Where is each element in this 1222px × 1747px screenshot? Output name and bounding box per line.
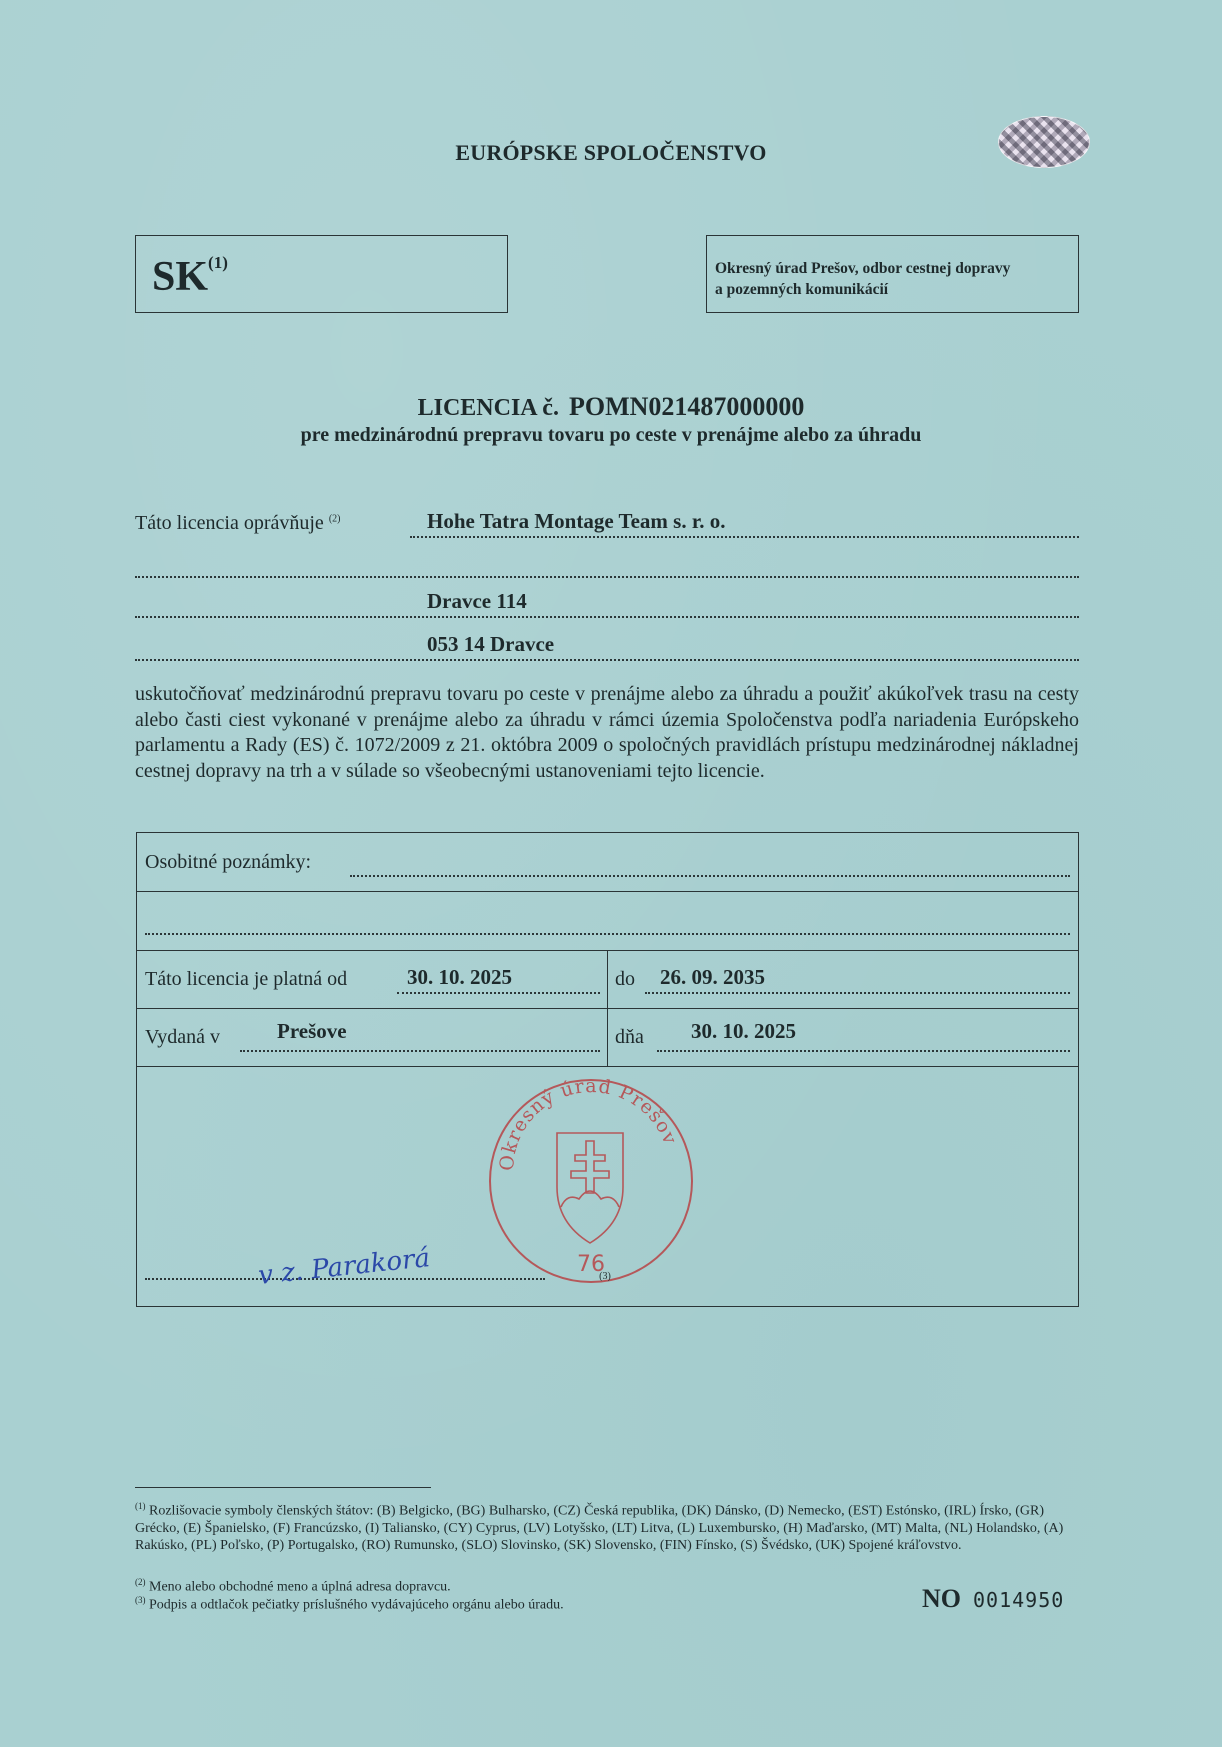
holder-city: 053 14 Dravce — [427, 632, 554, 657]
issued-row: Vydaná v Prešove dňa 30. 10. 2025 — [137, 1008, 1078, 1067]
holder-street: Dravce 114 — [427, 589, 527, 614]
remarks-row-2 — [137, 891, 1078, 951]
holder-name: Hohe Tatra Montage Team s. r. o. — [427, 509, 726, 534]
holder-city-field: 053 14 Dravce — [135, 631, 1079, 661]
issued-in-label: Vydaná v — [145, 1026, 220, 1049]
holder-name-field: Táto licencia oprávňuje (2) Hohe Tatra M… — [135, 508, 1079, 538]
license-subtitle: pre medzinárodnú prepravu tovaru po cest… — [0, 424, 1222, 447]
holder-street-field: Dravce 114 — [135, 588, 1079, 618]
valid-to-date: 26. 09. 2035 — [660, 965, 765, 990]
footnote-divider — [135, 1487, 431, 1488]
issuing-authority: Okresný úrad Prešov, odbor cestnej dopra… — [715, 258, 1015, 300]
license-heading: LICENCIA č.POMN021487000000 — [0, 392, 1222, 422]
issued-in-place: Prešove — [277, 1019, 347, 1044]
valid-from-label: Táto licencia je platná od — [145, 968, 347, 991]
holder-line2-field — [135, 548, 1079, 578]
remarks-row: Osobitné poznámky: — [137, 833, 1078, 892]
footnote-1: (1) Rozlišovacie symboly členských štáto… — [135, 1498, 1085, 1554]
coat-of-arms-icon — [557, 1133, 623, 1243]
hologram-icon — [998, 116, 1090, 168]
license-number: POMN021487000000 — [569, 392, 804, 421]
country-code-box: SK(1) — [135, 235, 508, 313]
valid-to-label: do — [615, 968, 635, 991]
official-stamp: Okresný úrad Prešov 76 (3) — [485, 1075, 697, 1287]
validity-row: Táto licencia je platná od 30. 10. 2025 … — [137, 950, 1078, 1009]
issued-on-label: dňa — [615, 1026, 644, 1049]
svg-text:(3): (3) — [599, 1271, 611, 1282]
holder-label: Táto licencia oprávňuje (2) — [135, 512, 340, 535]
svg-text:Okresný úrad Prešov: Okresný úrad Prešov — [496, 1075, 682, 1172]
country-code: SK(1) — [152, 256, 228, 298]
remarks-label: Osobitné poznámky: — [145, 851, 311, 874]
license-body-text: uskutočňovať medzinárodnú prepravu tovar… — [135, 682, 1079, 784]
serial-number: NO0014950 — [922, 1584, 1064, 1614]
issued-on-date: 30. 10. 2025 — [691, 1019, 796, 1044]
valid-from-date: 30. 10. 2025 — [407, 965, 512, 990]
license-label: LICENCIA č. — [418, 395, 559, 421]
issuing-authority-box: Okresný úrad Prešov, odbor cestnej dopra… — [706, 235, 1079, 313]
